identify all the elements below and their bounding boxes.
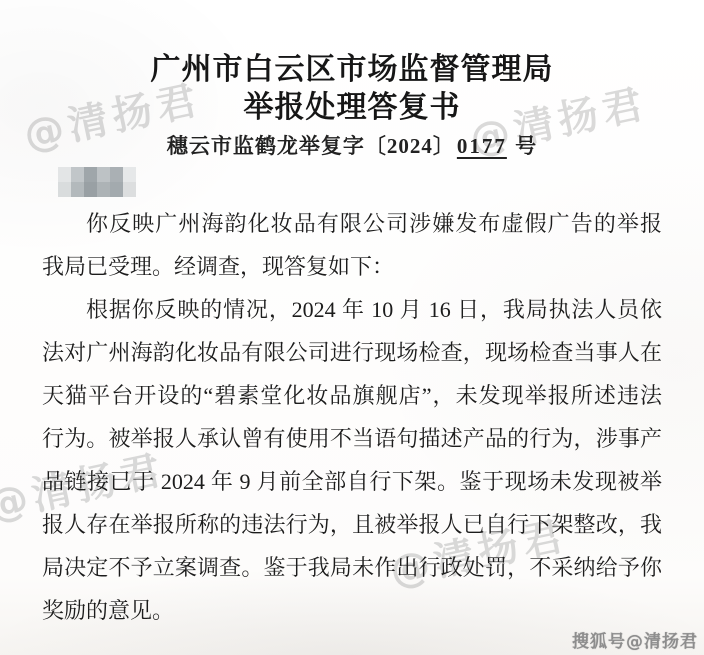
sohu-account-tag: 搜狐号@清扬君 [572,627,698,652]
document-number-suffix: 号 [515,134,537,158]
document-title-line2: 举报处理答复书 [0,82,704,126]
body-line: 你反映广州海韵化妆品有限公司涉嫌发布虚假广告的举报 [42,202,662,245]
body-line: 品链接已于 2024 年 9 月前全部自行下架。鉴于现场未发现被举 [42,460,662,503]
mosaic-cell [123,167,136,182]
document-number-prefix: 穗云市监鹤龙举复字〔2024〕 [167,134,455,158]
redacted-name-mosaic [58,167,136,197]
mosaic-cell [97,182,110,197]
mosaic-cell [84,167,97,182]
mosaic-cell [71,167,84,182]
body-line: 奖励的意见。 [42,589,662,632]
scanned-document-page: @清扬君 @清扬君 @清扬君 @清扬君 广州市白云区市场监督管理局 举报处理答复… [0,0,704,655]
document-number-value: 0177 [455,134,509,158]
body-line: 局决定不予立案调查。鉴于我局未作出行政处罚，不采纳给予你 [42,546,662,589]
mosaic-cell [123,182,136,197]
body-line: 天猫平台开设的“碧素堂化妆品旗舰店”，未发现举报所述违法 [42,374,662,417]
body-line: 行为。被举报人承认曾有使用不当语句描述产品的行为，涉事产 [42,417,662,460]
mosaic-cell [58,182,71,197]
body-line: 我局已受理。经调查，现答复如下： [42,245,662,288]
document-body: 你反映广州海韵化妆品有限公司涉嫌发布虚假广告的举报 我局已受理。经调查，现答复如… [42,202,662,632]
body-line: 法对广州海韵化妆品有限公司进行现场检查，现场检查当事人在 [42,331,662,374]
document-number: 穗云市监鹤龙举复字〔2024〕0177 号 [0,130,704,160]
mosaic-cell [97,167,110,182]
body-line: 报人存在举报所称的违法行为，且被举报人已自行下架整改，我 [42,503,662,546]
mosaic-cell [71,182,84,197]
body-line: 根据你反映的情况，2024 年 10 月 16 日，我局执法人员依 [42,288,662,331]
mosaic-cell [58,167,71,182]
mosaic-cell [110,167,123,182]
mosaic-cell [110,182,123,197]
mosaic-cell [84,182,97,197]
